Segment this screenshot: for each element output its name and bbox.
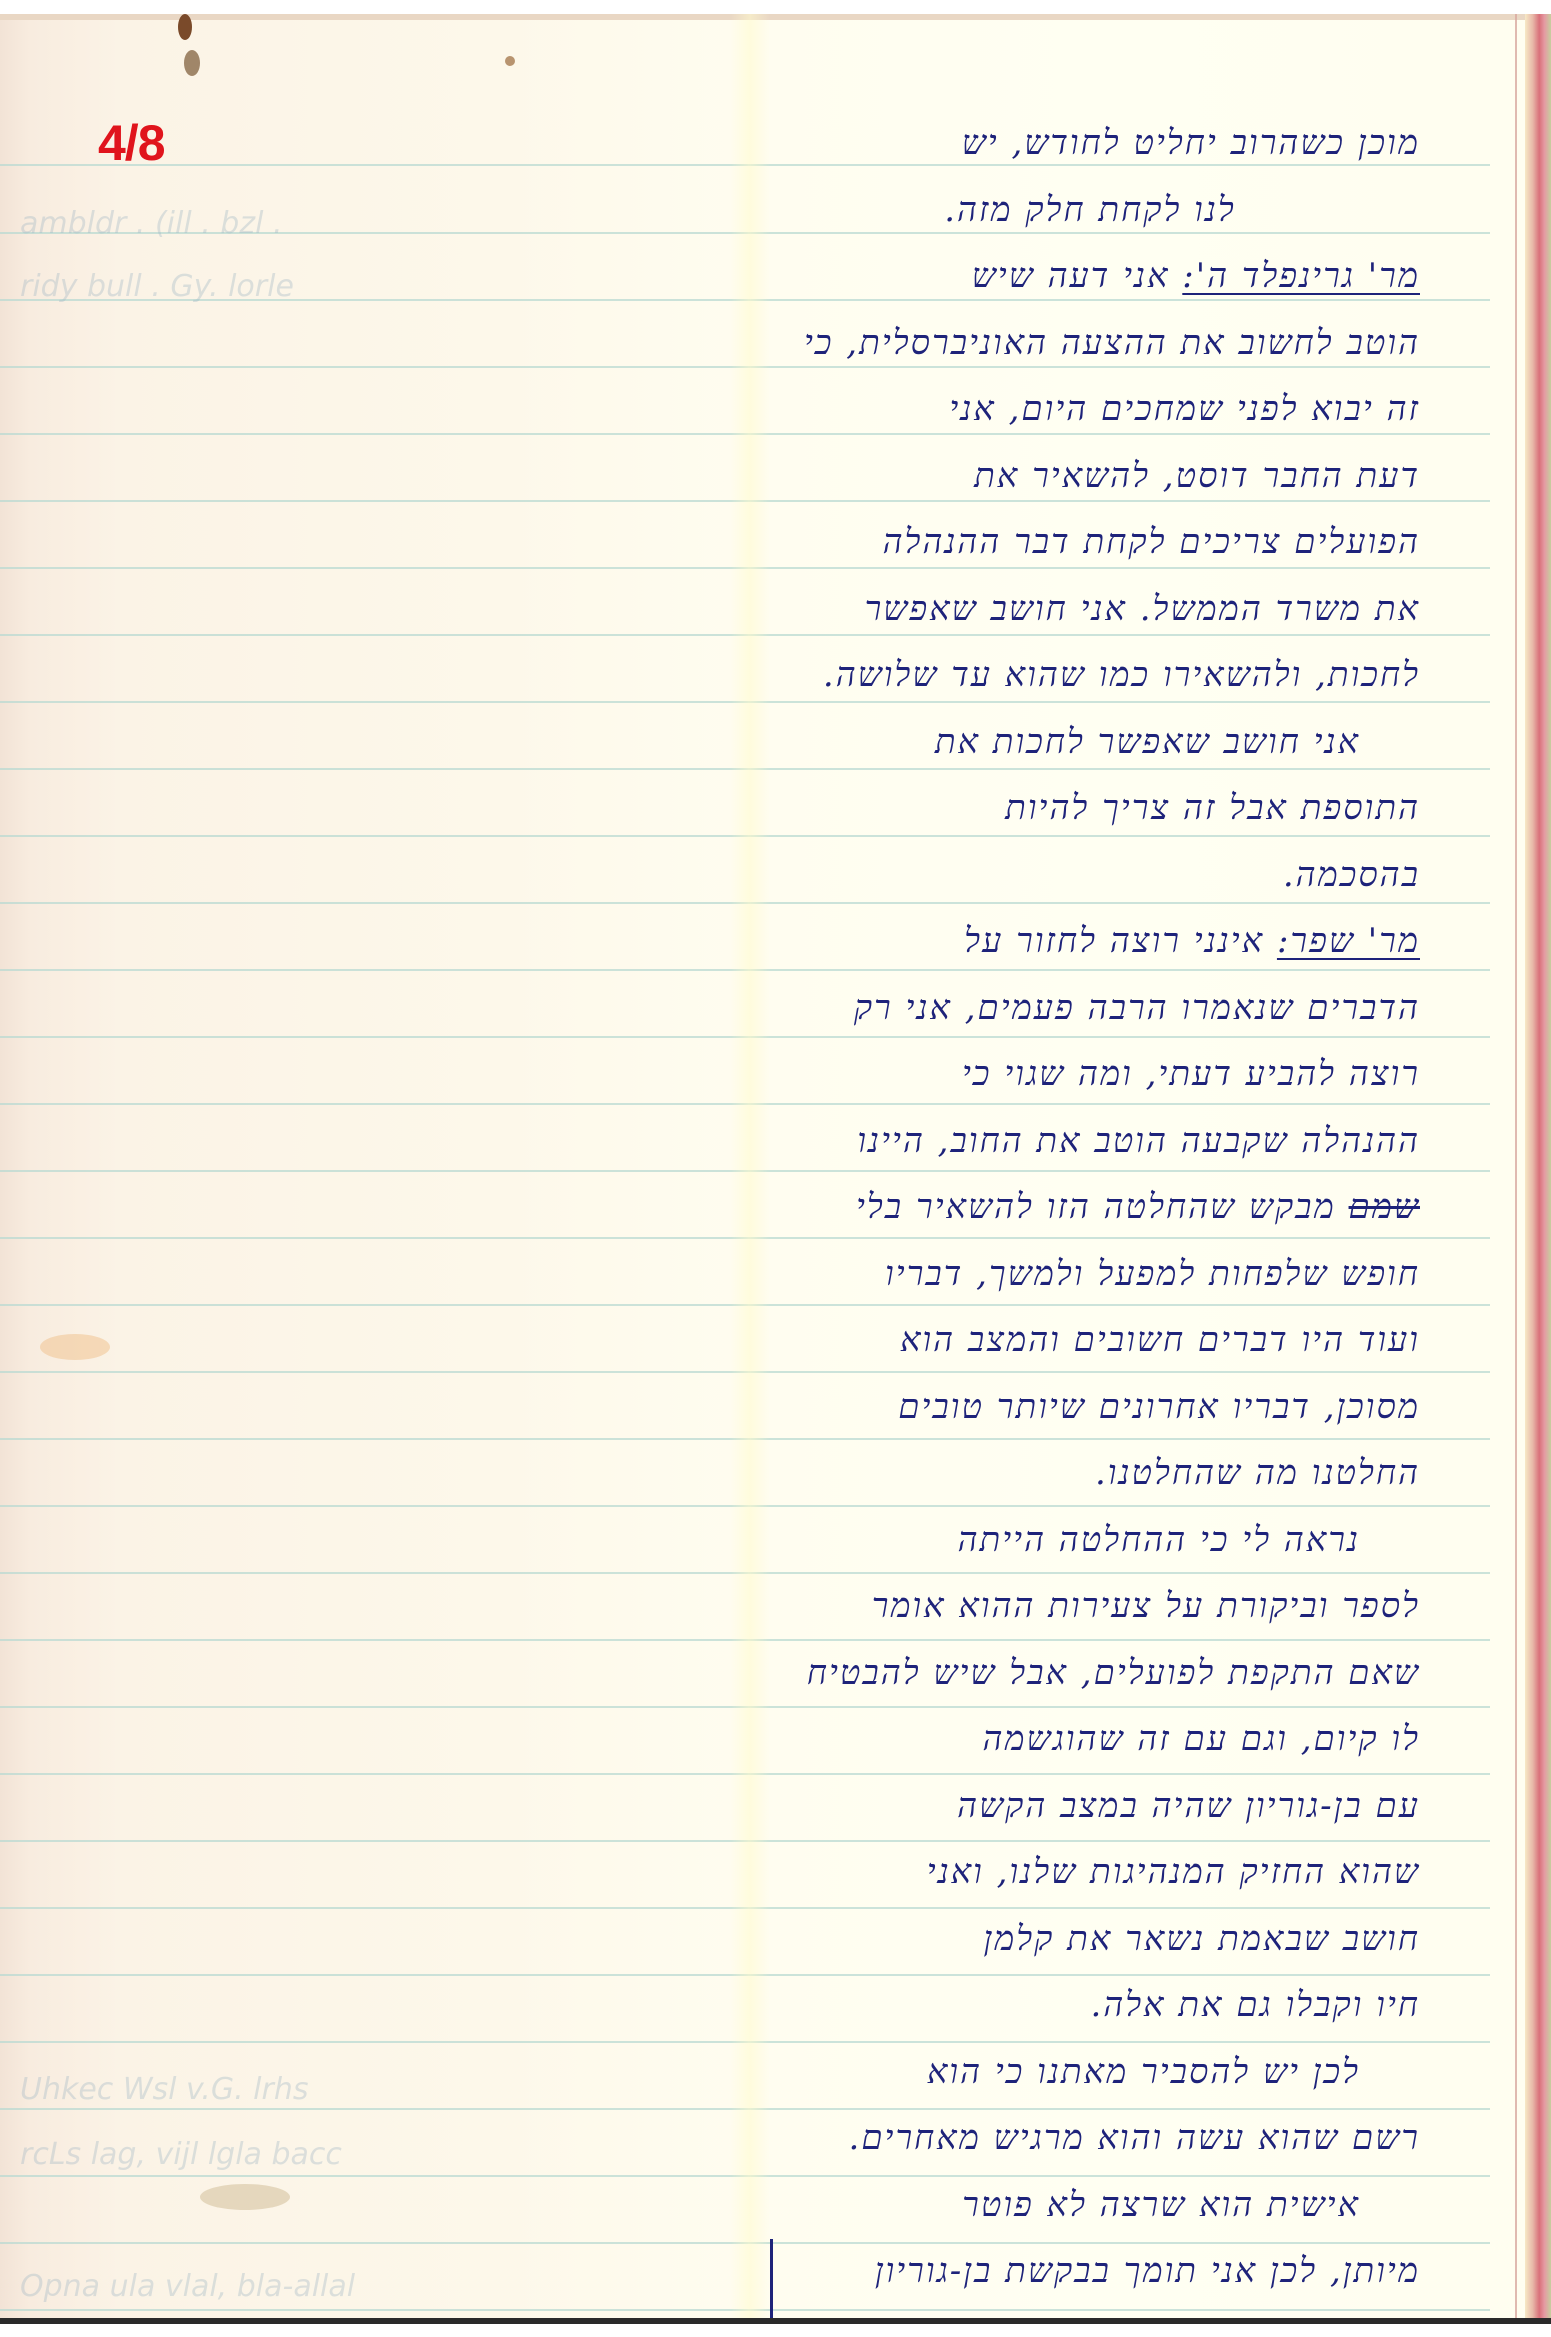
handwritten-line: אישית הוא שרצה לא פוטר — [760, 2172, 1420, 2239]
book-binding-edge — [1525, 14, 1551, 2324]
handwritten-line: נראה לי כי ההחלטה הייתה — [760, 1507, 1420, 1574]
handwritten-line: מיותן, לכן אני תומך בבקשת בן-גוריון — [760, 2238, 1420, 2305]
struck-word: שמם — [1349, 1187, 1420, 1227]
handwritten-line: לנו לקחת חלק מזה. — [760, 177, 1420, 244]
handwritten-line: בהסכמה. — [760, 842, 1420, 909]
handwritten-line: ועוד היו דברים חשובים והמצב הוא — [760, 1307, 1420, 1374]
handwritten-line: שאם התקפת לפועלים, אבל שיש להבטיח — [760, 1640, 1420, 1707]
stain-spot — [200, 2184, 290, 2210]
handwritten-line: חיו וקבלו גם את אלה. — [760, 1972, 1420, 2039]
speaker-text: אני דעה שיש — [972, 256, 1183, 296]
handwritten-line: הדברים שנאמרו הרבה פעמים, אני רק — [760, 975, 1420, 1042]
handwritten-line: הוטב לחשוב את ההצעה האוניברסלית, כי — [760, 310, 1420, 377]
handwritten-line: חושב שבאמת נשאר את קלמן — [760, 1906, 1420, 1973]
handwritten-line: את משרד הממשל. אני חושב שאפשר — [760, 576, 1420, 643]
page-top-edge — [0, 14, 1551, 20]
bleed-through-text: ambldr . (ill . bzl . — [20, 206, 700, 241]
bleed-through-text: Opna ula vlal, bla-allal — [20, 2269, 700, 2304]
stain-spot — [178, 14, 192, 40]
stain-spot — [505, 56, 515, 66]
handwritten-line: שמם מבקש שהחלטה הזו להשאיר בלי — [760, 1174, 1420, 1241]
page-bottom-edge — [0, 2318, 1551, 2324]
handwritten-line: ההנהלה שקבעה הוטב את החוב, היינו — [760, 1108, 1420, 1175]
handwritten-line: התוספת אבל זה צריך להיות — [760, 775, 1420, 842]
handwritten-text: מוכן כשהרוב יחליט לחודש, יש לנו לקחת חלק… — [760, 110, 1420, 2305]
handwritten-line: רשם שהוא עשה והוא מרגיש מאחרים. — [760, 2105, 1420, 2172]
bleed-through-text: rcLs lag, vijl lgla bacc — [20, 2137, 700, 2172]
handwritten-line: עם בן-גוריון שהיה במצב הקשה — [760, 1773, 1420, 1840]
handwritten-line: מר' גרינפלד ה': אני דעה שיש — [760, 243, 1420, 310]
speaker-name: מר' גרינפלד ה': — [1182, 256, 1420, 296]
binding-margin-line — [1515, 14, 1517, 2324]
page-number-marker: 4/8 — [98, 114, 165, 172]
handwritten-line: לחכות, ולהשאירו כמו שהוא עד שלושה. — [760, 642, 1420, 709]
bleed-through-text: ridy bull . Gy. lorle — [20, 269, 700, 304]
handwritten-line: הפועלים צריכים לקחת דבר ההנהלה — [760, 509, 1420, 576]
line-text: מבקש שהחלטה הזו להשאיר בלי — [856, 1187, 1336, 1227]
handwritten-line: רוצה להביע דעתי, ומה שגוי כי — [760, 1041, 1420, 1108]
scanned-page: ambldr . (ill . bzl . ridy bull . Gy. lo… — [0, 14, 1551, 2324]
handwritten-line: אני חושב שאפשר לחכות את — [760, 709, 1420, 776]
stain-spot — [184, 50, 200, 76]
handwritten-line: דעת החבר דוסט, להשאיר את — [760, 443, 1420, 510]
bleed-through-text: Uhkec Wsl v.G. lrhs — [20, 2072, 700, 2107]
handwritten-line: לו קיום, וגם עם זה שהוגשמה — [760, 1706, 1420, 1773]
speaker-name: מר' שפר: — [1277, 921, 1420, 961]
handwritten-line: מר' שפר: אינני רוצה לחזור על — [760, 908, 1420, 975]
handwritten-line: שהוא החזיק המנהיגות שלנו, ואני — [760, 1839, 1420, 1906]
handwritten-line: לספר וביקורת על צעירות ההוא אומר — [760, 1573, 1420, 1640]
handwritten-line: מסוכן, דבריו אחרונים שיותר טובים — [760, 1374, 1420, 1441]
handwritten-line: חופש שלפחות למפעל ולמשך, דבריו — [760, 1241, 1420, 1308]
speaker-text: אינני רוצה לחזור על — [964, 921, 1277, 961]
stain-spot — [40, 1334, 110, 1360]
handwritten-line: החלטנו מה שהחלטנו. — [760, 1440, 1420, 1507]
handwritten-margin-bracket — [770, 2239, 773, 2324]
handwritten-line: מוכן כשהרוב יחליט לחודש, יש — [760, 110, 1420, 177]
handwritten-line: זה יבוא לפני שמחכים היום, אני — [760, 376, 1420, 443]
handwritten-line: לכן יש להסביר מאתנו כי הוא — [760, 2039, 1420, 2106]
